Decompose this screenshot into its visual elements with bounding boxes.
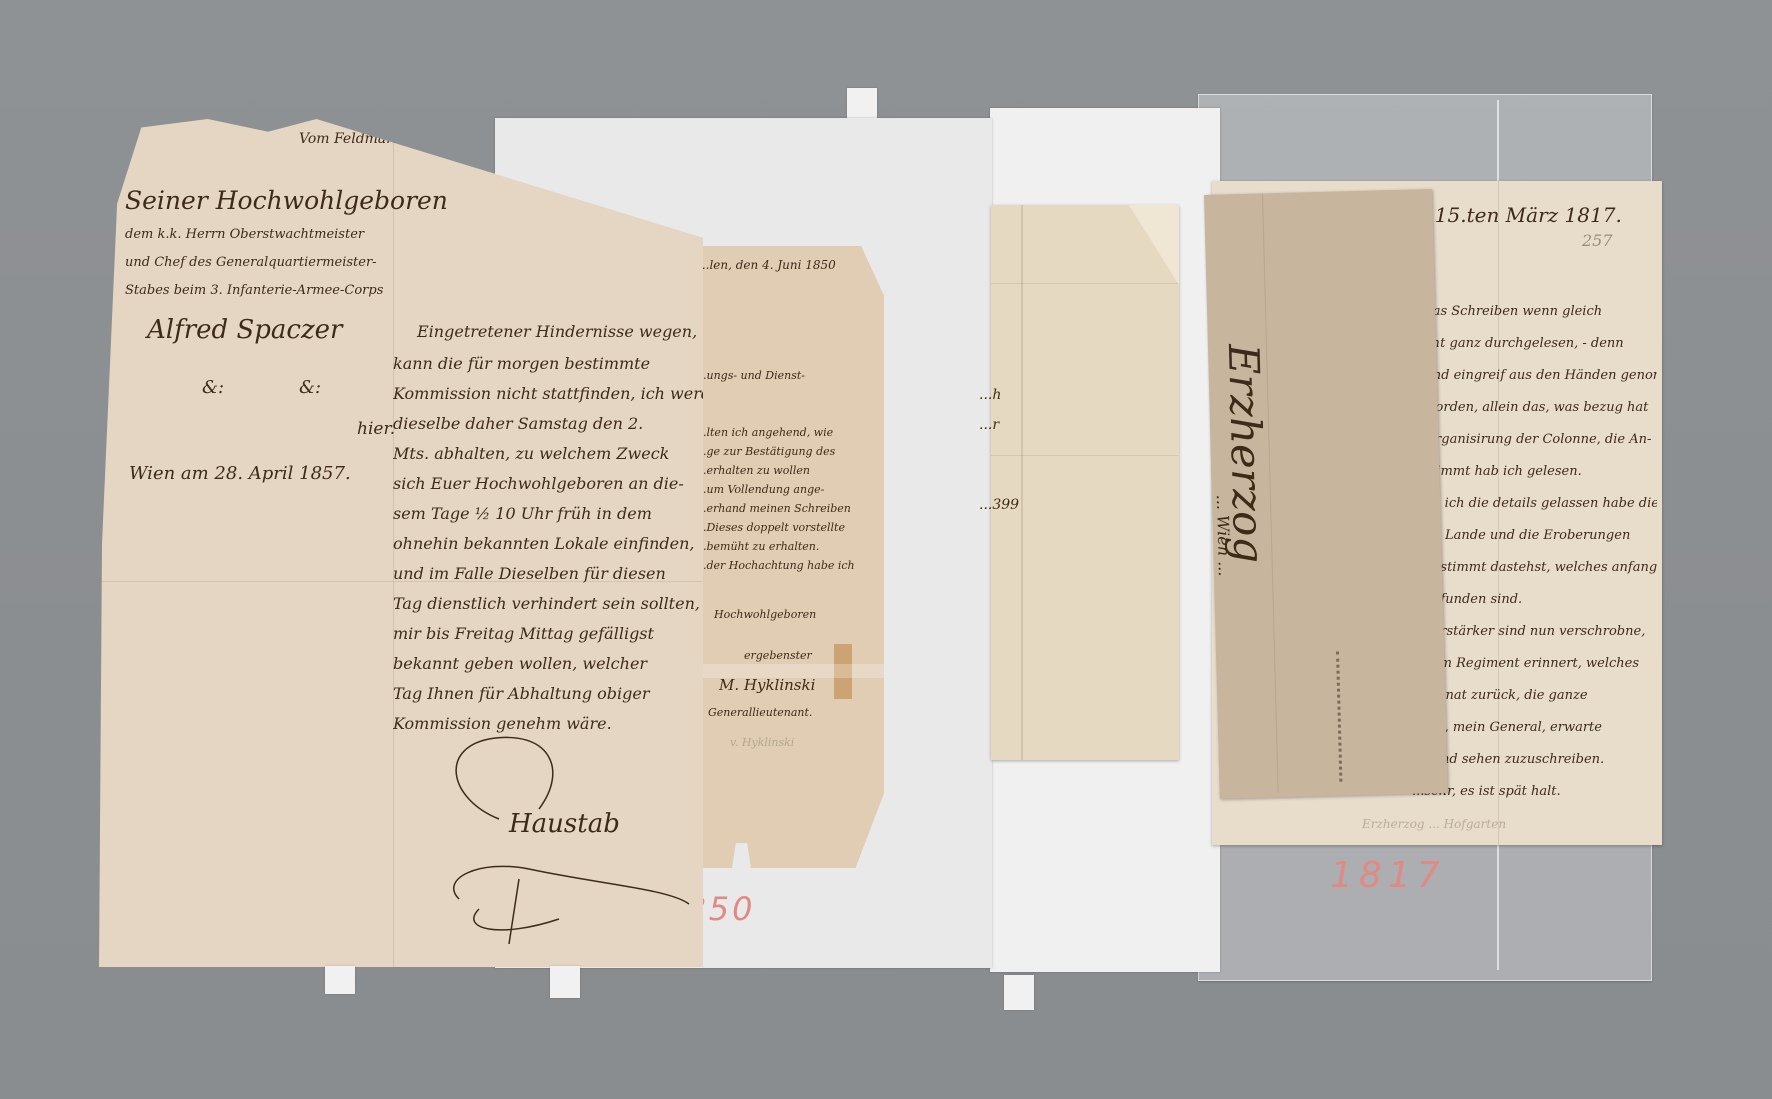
letter-line: ...erhalten zu wollen <box>696 461 882 480</box>
address-line: Seiner Hochwohlgeboren <box>125 181 448 221</box>
mount-tab-bottom <box>550 966 580 998</box>
letter-1817-pencil-number: 257 <box>1582 231 1613 250</box>
letter-line: ...ge zur Bestätigung des <box>696 442 882 461</box>
letter-line: ...worden, allein das, was bezug hat <box>1412 392 1657 424</box>
address-line: dem k.k. Herrn Oberstwachtmeister <box>125 221 448 249</box>
letter-1857-signature: Haustab <box>509 809 620 839</box>
letter-line: Tag dienstlich verhindert sein sollten, <box>393 589 703 619</box>
letter-line: ...lten ich angehend, wie <box>696 423 882 442</box>
letter-line: ...bei, mein General, erwarte <box>1412 712 1657 744</box>
letter-line: ...um Vollendung ange- <box>696 480 882 499</box>
letter-line: ...und eingreif aus den Händen genom- <box>1412 360 1657 392</box>
letter-line: ...bestimmt dastehst, welches anfang <box>1412 552 1657 584</box>
address-block: Seiner Hochwohlgeboren dem k.k. Herrn Ob… <box>125 181 448 305</box>
letter-line: kann die für morgen bestimmte <box>393 349 703 379</box>
address-line: und Chef des Generalquartiermeister- <box>125 249 448 277</box>
letter-line: ...der Hochachtung habe ich <box>696 556 882 575</box>
letter-line: nicht ganz durchgelesen, - denn <box>1412 328 1657 360</box>
letter-line: ...ungs- und Dienst- <box>696 366 882 385</box>
pp-mark: &: <box>299 377 321 398</box>
letter-line: ...erhand meinen Schreiben <box>696 499 882 518</box>
letter-line: ...ob ich die details gelassen habe die <box>1412 488 1657 520</box>
letter-line: Kommission nicht stattfinden, ich werde <box>393 379 703 409</box>
folded-letter: ...h ...r ...399 <box>991 205 1179 760</box>
letter-line: ...das Schreiben wenn gleich <box>1412 296 1657 328</box>
envelope: Erzherzog ... Wien ... <box>1204 189 1448 799</box>
letter-line: ...zum Regiment erinnert, welches <box>1412 648 1657 680</box>
letter-line: Tag Ihnen für Abhaltung obiger <box>393 679 703 709</box>
ink-specks <box>1336 651 1348 781</box>
signature-flourish <box>439 729 699 959</box>
letter-line: Eingetretener Hindernisse wegen, <box>393 315 703 349</box>
letter-1850-body: ...ungs- und Dienst- ...lten ich angehen… <box>696 366 882 575</box>
letter-1850-pencil-note: v. Hyklinski <box>730 736 794 749</box>
letter-line: Mts. abhalten, zu welchem Zweck <box>393 439 703 469</box>
letter-line: ohnehin bekannten Lokale einfinden, <box>393 529 703 559</box>
letter-line: dieselbe daher Samstag den 2. <box>393 409 703 439</box>
letter-line: ...sehr, es ist spät halt. <box>1412 776 1657 808</box>
letter-line: mir bis Freitag Mittag gefälligst <box>393 619 703 649</box>
folded-corner <box>1129 205 1179 285</box>
letter-line: ...stimmt hab ich gelesen. <box>1412 456 1657 488</box>
letter-1850-signature: M. Hyklinski <box>719 676 815 694</box>
letter-1850-title: Generallieutenant. <box>708 706 812 719</box>
letter-line: sich Euer Hochwohlgeboren an die- <box>393 469 703 499</box>
letter-line: und im Falle Dieselben für diesen <box>393 559 703 589</box>
letter-1850-date: ...len, den 4. Juni 1850 <box>698 258 836 272</box>
envelope-side-text: ... Wien ... <box>1213 494 1234 576</box>
letter-line: ...Dieses doppelt vorstellte <box>696 518 882 537</box>
letter-1857-body: Eingetretener Hindernisse wegen, kann di… <box>393 315 703 739</box>
letter-1850-closing: Hochwohlgeboren <box>714 608 816 621</box>
fragment: ...399 <box>979 497 1019 513</box>
letter-1857-place-date: Wien am 28. April 1857. <box>129 463 351 484</box>
letter-line: ...befunden sind. <box>1412 584 1657 616</box>
letter-line: ...Monat zurück, die ganze <box>1412 680 1657 712</box>
letter-line: bekannt geben wollen, welcher <box>393 649 703 679</box>
letter-line: sem Tage ½ 10 Uhr früh in dem <box>393 499 703 529</box>
letter-1817-pencil-note: Erzherzog ... Hofgarten <box>1362 817 1506 831</box>
letter-line: ...Verstärker sind nun verschrobne, <box>1412 616 1657 648</box>
letter-1850-ergebenster: ergebenster <box>744 649 812 662</box>
fold-line <box>1021 205 1023 760</box>
letter-1817-body: ...das Schreiben wenn gleich nicht ganz … <box>1412 296 1657 808</box>
letter-1857-hier: hier. <box>357 419 395 439</box>
fold-line-h <box>991 455 1179 456</box>
letter-line: ...im Lande und die Eroberungen <box>1412 520 1657 552</box>
letter-line: ..., und sehen zuzuschreiben. <box>1412 744 1657 776</box>
mount-tab-bottom <box>325 966 355 994</box>
letter-line: ...bemüht zu erhalten. <box>696 537 882 556</box>
letter-1850: ...len, den 4. Juni 1850 ...ungs- und Di… <box>694 246 884 868</box>
red-label-1817: 1817 <box>1330 855 1446 896</box>
letter-line: ...Organisirung der Colonne, die An- <box>1412 424 1657 456</box>
letter-1857: Vom Feldmarschall-Lieutenant Ritter von … <box>99 119 703 967</box>
mount-tab-bottom <box>1004 975 1034 1010</box>
fragment: ...r <box>979 417 999 433</box>
pp-mark: &: <box>202 377 224 398</box>
address-line: Stabes beim 3. Infanterie-Armee-Corps <box>125 277 448 305</box>
fragment: ...h <box>979 387 1001 403</box>
letter-1857-recipient: Alfred Spaczer <box>147 315 342 345</box>
